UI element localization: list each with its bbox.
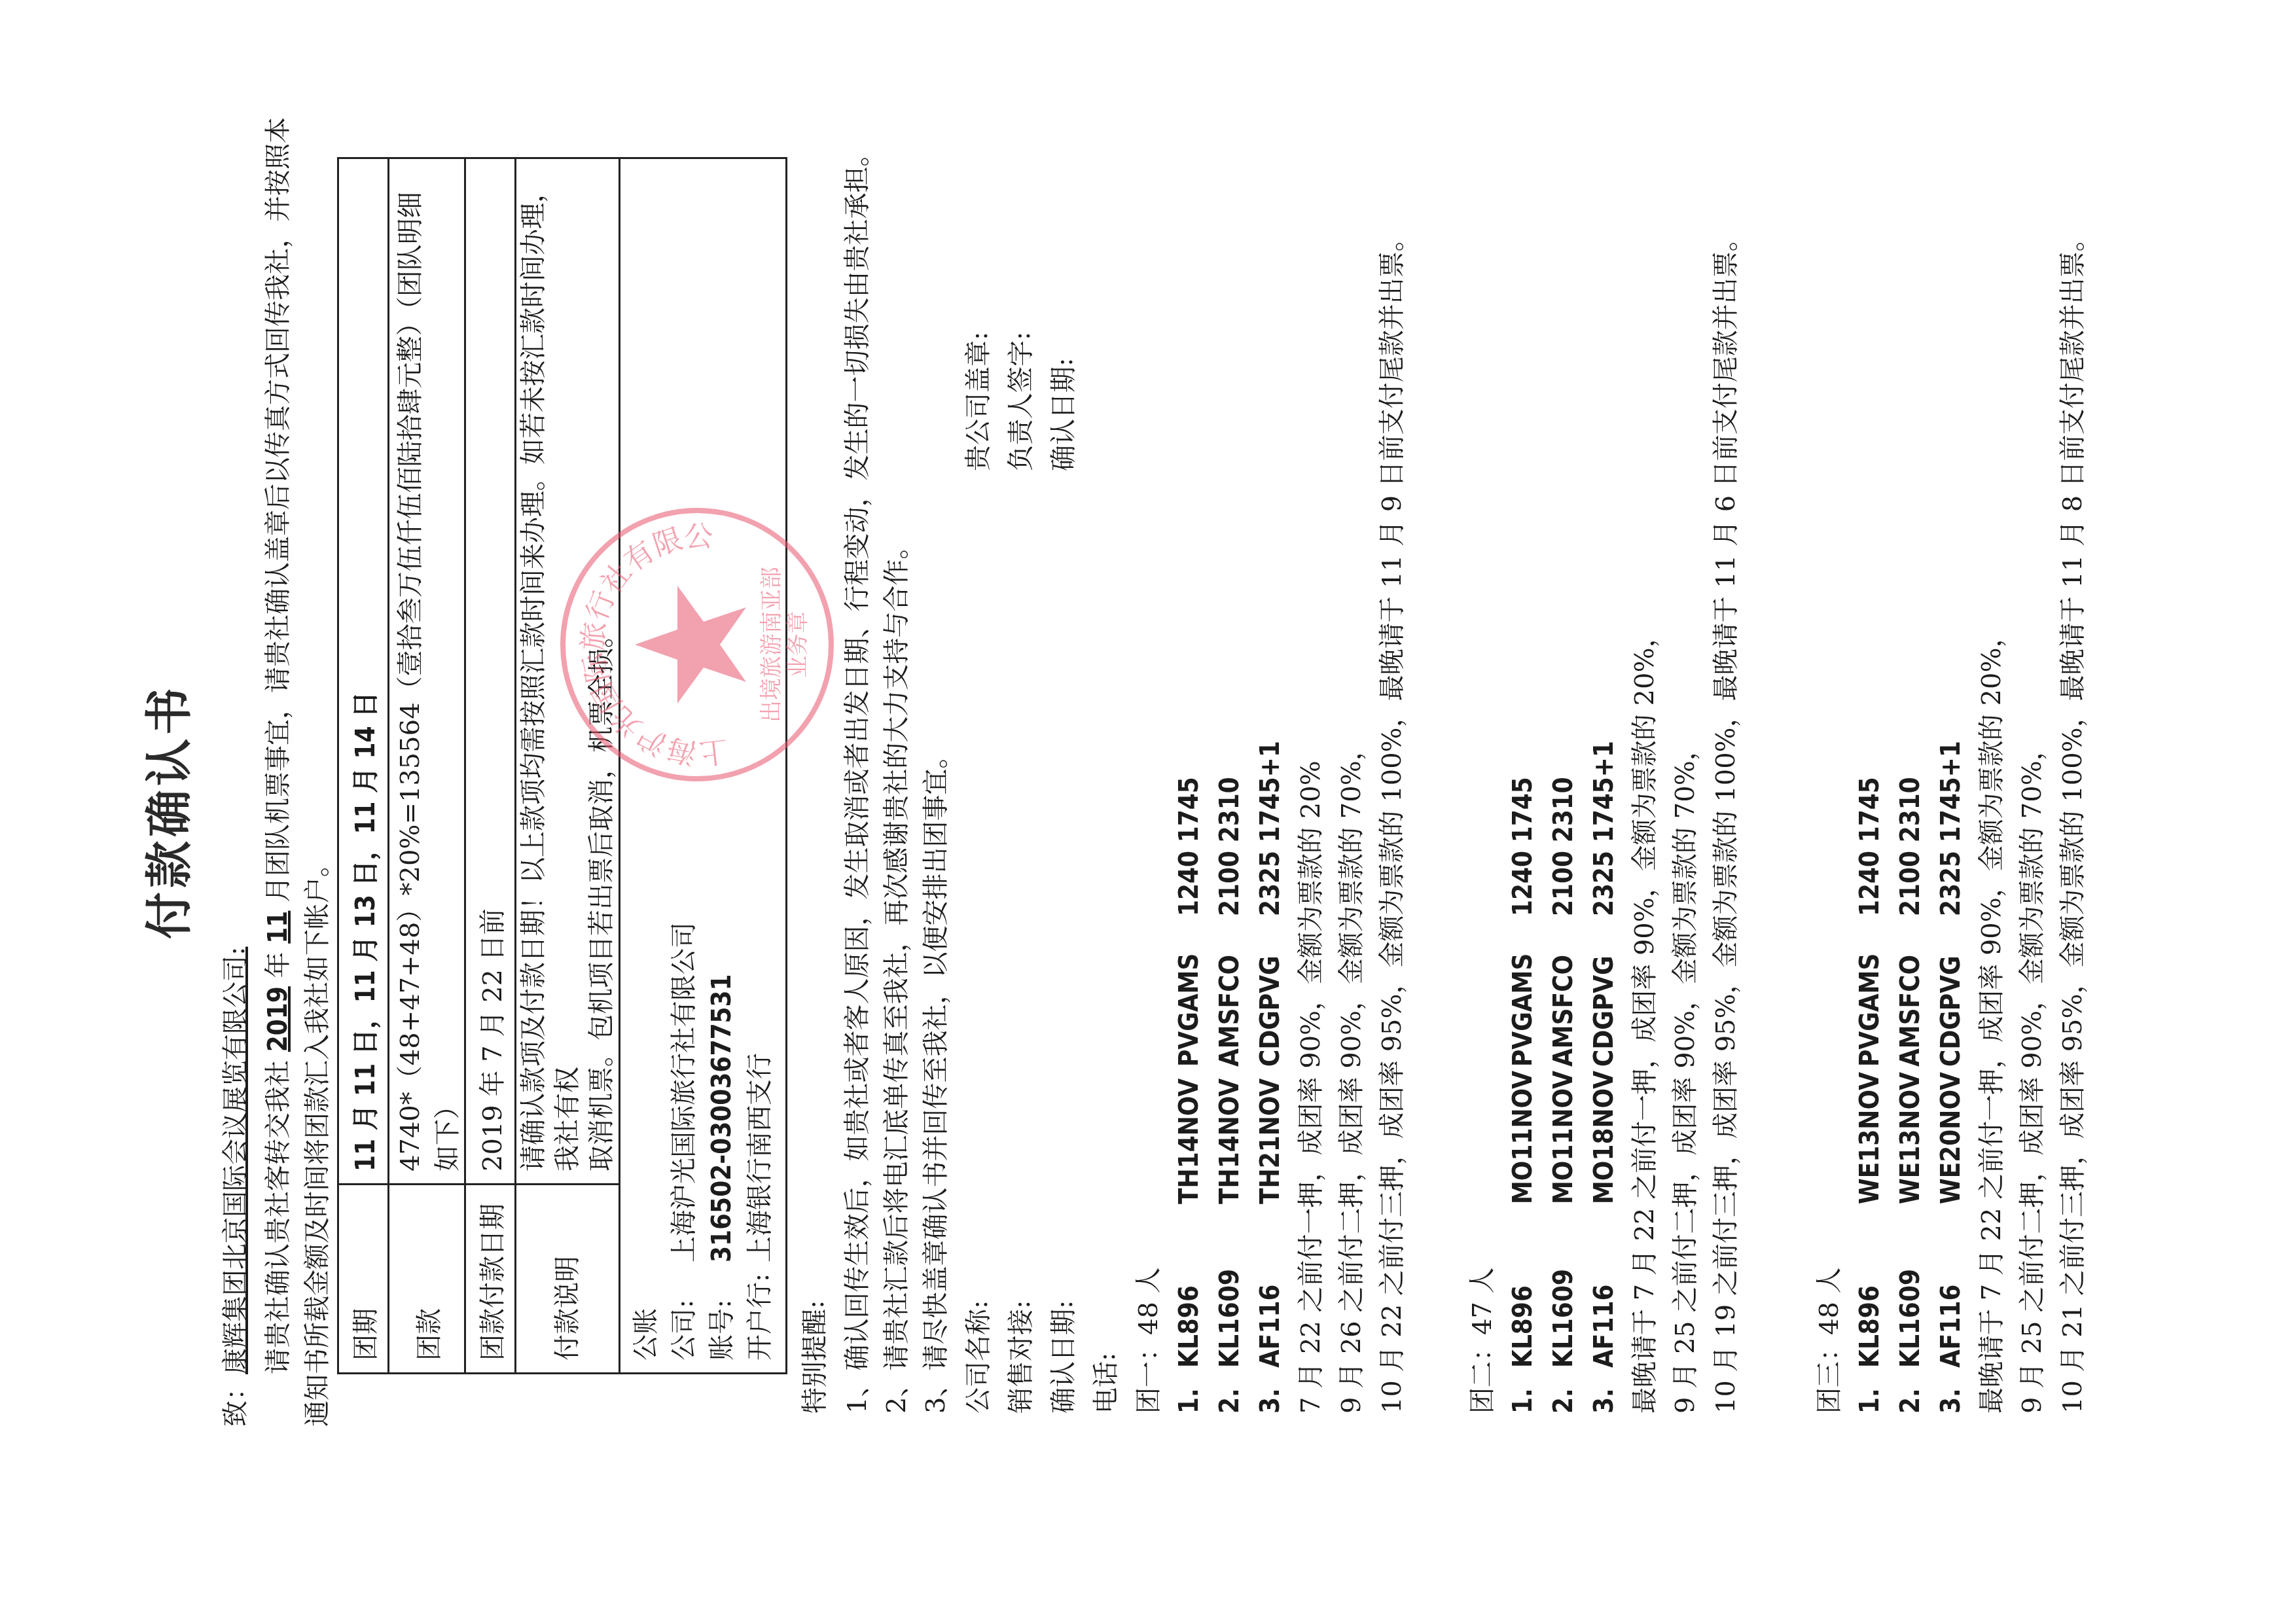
flight-route: CDGPVG	[1935, 916, 1967, 1067]
flight-time: 1240 1745	[1854, 777, 1886, 916]
notes-heading: 特别提醒:	[798, 1300, 831, 1414]
payment-notes-line: 取消机票。包机项目若出票后取消，机票全损。	[584, 171, 619, 1171]
flight-index: 3.	[1588, 1368, 1621, 1414]
flight-time: 2100 2310	[1547, 777, 1580, 916]
flight-date: WE20NOV	[1935, 1067, 1967, 1204]
table-row: 团款付款日期 2019 年 7 月 22 日前	[465, 158, 516, 1374]
payment-schedule-line: 7 月 22 之前付一押，成团率 90%，金额为票款的 20%	[1295, 760, 1327, 1414]
payment-info-table: 团期 11 月 11 日，11 月 13 日，11 月 14 日 团款 4740…	[337, 157, 787, 1374]
payment-notes-line: 请确认款项及付款日期！以上款项均需按照汇款时间来办理。如若未按汇款时间办理，我社…	[516, 171, 584, 1171]
flight-index: 1.	[1173, 1368, 1206, 1414]
signature-confirm-date-right: 确认日期:	[1047, 358, 1080, 471]
flight-number: KL1609	[1547, 1204, 1580, 1368]
flight-route: CDGPVG	[1588, 916, 1621, 1067]
payment-schedule-line: 9 月 25 之前付二押，成团率 90%，金额为票款的 70%，	[1669, 734, 1702, 1414]
flight-index: 2.	[1213, 1368, 1246, 1414]
signature-company-seal: 贵公司盖章:	[962, 332, 995, 471]
payment-schedule-line: 10 月 21 之前付三押，成团率 95%，金额为票款的 100%，最晚请于 1…	[2056, 225, 2089, 1414]
flight-number: KL1609	[1213, 1204, 1246, 1368]
flight-time: 2325 1745+1	[1254, 741, 1287, 916]
signature-sales-contact: 销售对接:	[1005, 1300, 1037, 1414]
account-number-label: 账号:	[703, 1262, 741, 1361]
flight-number: AF116	[1254, 1204, 1287, 1368]
table-row: 付款说明 请确认款项及付款日期！以上款项均需按照汇款时间来办理。如若未按汇款时间…	[516, 158, 620, 1374]
tour-amount-value: 4740*（48+47+48）*20%=135564（壹拾叁万伍仟伍佰陆拾肆元整…	[389, 158, 465, 1185]
intro-line-2: 通知书所载金额及时间将团款汇入我社如下帐户。	[301, 851, 334, 1427]
flight-index: 3.	[1935, 1368, 1967, 1414]
account-company-label: 公司:	[665, 1262, 703, 1361]
flight-row: 1.KL896WE13NOVPVGAMS1240 1745	[1854, 777, 1886, 1414]
flight-date: TH14NOV	[1213, 1067, 1246, 1204]
flight-time: 1240 1745	[1173, 777, 1206, 916]
account-heading: 公账	[627, 171, 665, 1361]
account-company-row: 公司: 上海沪光国际旅行社有限公司	[665, 171, 703, 1361]
flight-row: 2.KL1609WE13NOVAMSFCO2100 2310	[1894, 777, 1927, 1414]
intro-text: 请贵社确认贵社客转交我社	[263, 1052, 293, 1374]
flight-index: 1.	[1507, 1368, 1539, 1414]
flight-row: 2.KL1609MO11NOVAMSFCO2100 2310	[1547, 777, 1580, 1414]
signature-company-name: 公司名称:	[962, 1300, 995, 1414]
payment-schedule-line: 10 月 19 之前付三押，成团率 95%，金额为票款的 100%，最晚请于 1…	[1710, 225, 1742, 1414]
flight-time: 2325 1745+1	[1588, 741, 1621, 916]
flight-date: MO11NOV	[1507, 1067, 1539, 1204]
account-bank-value: 上海银行南西支行	[741, 1053, 779, 1262]
flight-index: 3.	[1254, 1368, 1287, 1414]
flight-number: AF116	[1935, 1204, 1967, 1368]
payment-notes-value: 请确认款项及付款日期！以上款项均需按照汇款时间来办理。如若未按汇款时间办理，我社…	[516, 158, 620, 1185]
intro-month: 11	[263, 911, 293, 944]
account-number-row: 账号: 316502-03003677531	[703, 171, 741, 1361]
row-label: 团期	[338, 1185, 389, 1374]
payment-schedule-line: 9 月 25 之前付二押，成团率 90%，金额为票款的 70%，	[2016, 734, 2049, 1414]
flight-number: KL896	[1854, 1204, 1886, 1368]
flight-number: KL896	[1507, 1204, 1539, 1368]
flight-route: PVGAMS	[1507, 916, 1539, 1067]
account-bank-label: 开户行:	[741, 1262, 779, 1361]
flight-row: 3.AF116MO18NOVCDGPVG2325 1745+1	[1588, 741, 1621, 1414]
flight-date: TH14NOV	[1173, 1067, 1206, 1204]
flight-route: CDGPVG	[1254, 916, 1287, 1067]
flight-row: 3.AF116WE20NOVCDGPVG2325 1745+1	[1935, 741, 1967, 1414]
tour-dates-value: 11 月 11 日，11 月 13 日，11 月 14 日	[338, 158, 389, 1185]
flight-number: KL896	[1173, 1204, 1206, 1368]
flight-row: 1.KL896TH14NOVPVGAMS1240 1745	[1173, 777, 1206, 1414]
flight-row: 1.KL896MO11NOVPVGAMS1240 1745	[1507, 777, 1539, 1414]
addressee-line: 致：康辉集团北京国际会议展览有限公司:	[219, 947, 252, 1427]
table-row: 团款 4740*（48+47+48）*20%=135564（壹拾叁万伍仟伍佰陆拾…	[389, 158, 465, 1374]
flight-time: 2100 2310	[1894, 777, 1927, 916]
note-item: 1、确认回传生效后，如贵社或者客人原因，发生取消或者出发日期、行程变动，发生的一…	[841, 141, 874, 1414]
flight-date: WE13NOV	[1854, 1067, 1886, 1204]
account-bank-row: 开户行: 上海银行南西支行	[741, 171, 779, 1361]
intro-year: 2019	[263, 986, 293, 1052]
table-row: 团期 11 月 11 日，11 月 13 日，11 月 14 日	[338, 158, 389, 1374]
document-title: 付款确认书	[131, 0, 199, 1623]
account-cell: 公账 公司: 上海沪光国际旅行社有限公司 账号: 316502-03003677…	[620, 158, 787, 1374]
flight-index: 2.	[1894, 1368, 1927, 1414]
payment-schedule-line: 最晚请于 7 月 22 之前付一押，成团率 90%，金额为票款的 20%，	[1628, 622, 1661, 1414]
signature-manager-sign: 负责人签字:	[1005, 332, 1037, 471]
flight-route: PVGAMS	[1173, 916, 1206, 1067]
group-title: 团一：48 人	[1132, 1267, 1165, 1414]
group-title: 团三：48 人	[1813, 1267, 1846, 1414]
flight-date: MO11NOV	[1547, 1067, 1580, 1204]
flight-route: PVGAMS	[1854, 916, 1886, 1067]
intro-text: 年	[263, 944, 293, 986]
note-item: 3、请尽快盖章确认书并回传至我社，以便安排出团事宜。	[920, 743, 952, 1414]
row-label: 付款说明	[516, 1185, 620, 1374]
account-number-value: 316502-03003677531	[703, 974, 741, 1262]
note-item: 2、请贵社汇款后将电汇底单传真至我社，再次感谢贵社的大力支持与合作。	[880, 533, 913, 1414]
payment-date-value: 2019 年 7 月 22 日前	[465, 158, 516, 1185]
flight-row: 3.AF116TH21NOVCDGPVG2325 1745+1	[1254, 741, 1287, 1414]
flight-time: 1240 1745	[1507, 777, 1539, 916]
flight-index: 2.	[1547, 1368, 1580, 1414]
payment-schedule-line: 9 月 26 之前付二押，成团率 90%，金额为票款的 70%，	[1335, 734, 1368, 1414]
flight-time: 2325 1745+1	[1935, 741, 1967, 916]
flight-time: 2100 2310	[1213, 777, 1246, 916]
stamp-inner-text-2: 业务章	[785, 611, 811, 678]
flight-route: AMSFCO	[1213, 916, 1246, 1067]
flight-date: TH21NOV	[1254, 1067, 1287, 1204]
intro-line-1: 请贵社确认贵社客转交我社 2019 年 11 月团队机票事宜，请贵社确认盖章后以…	[262, 117, 295, 1374]
flight-route: AMSFCO	[1547, 916, 1580, 1067]
signature-phone: 电话:	[1090, 1353, 1122, 1414]
group-title: 团二：47 人	[1466, 1267, 1499, 1414]
document-page: 付款确认书 致：康辉集团北京国际会议展览有限公司: 请贵社确认贵社客转交我社 2…	[0, 0, 2296, 1623]
flight-number: AF116	[1588, 1204, 1621, 1368]
flight-date: WE13NOV	[1894, 1067, 1927, 1204]
flight-row: 2.KL1609TH14NOVAMSFCO2100 2310	[1213, 777, 1246, 1414]
flight-date: MO18NOV	[1588, 1067, 1621, 1204]
account-row: 公账 公司: 上海沪光国际旅行社有限公司 账号: 316502-03003677…	[620, 158, 787, 1374]
account-company-value: 上海沪光国际旅行社有限公司	[665, 922, 703, 1262]
addressee-prefix: 致：	[221, 1374, 251, 1427]
flight-index: 1.	[1854, 1368, 1886, 1414]
row-label: 团款付款日期	[465, 1185, 516, 1374]
intro-text: 月团队机票事宜，请贵社确认盖章后以传真方式回传我社，并按照本	[263, 117, 293, 911]
row-label: 团款	[389, 1185, 465, 1374]
flight-route: AMSFCO	[1894, 916, 1927, 1067]
payment-schedule-line: 最晚请于 7 月 22 之前付一押，成团率 90%，金额为票款的 20%，	[1975, 622, 2008, 1414]
flight-number: KL1609	[1894, 1204, 1927, 1368]
payment-schedule-line: 10 月 22 之前付三押，成团率 95%，金额为票款的 100%，最晚请于 1…	[1376, 225, 1408, 1414]
addressee-name: 康辉集团北京国际会议展览有限公司:	[221, 947, 251, 1374]
signature-confirm-date: 确认日期:	[1047, 1300, 1080, 1414]
